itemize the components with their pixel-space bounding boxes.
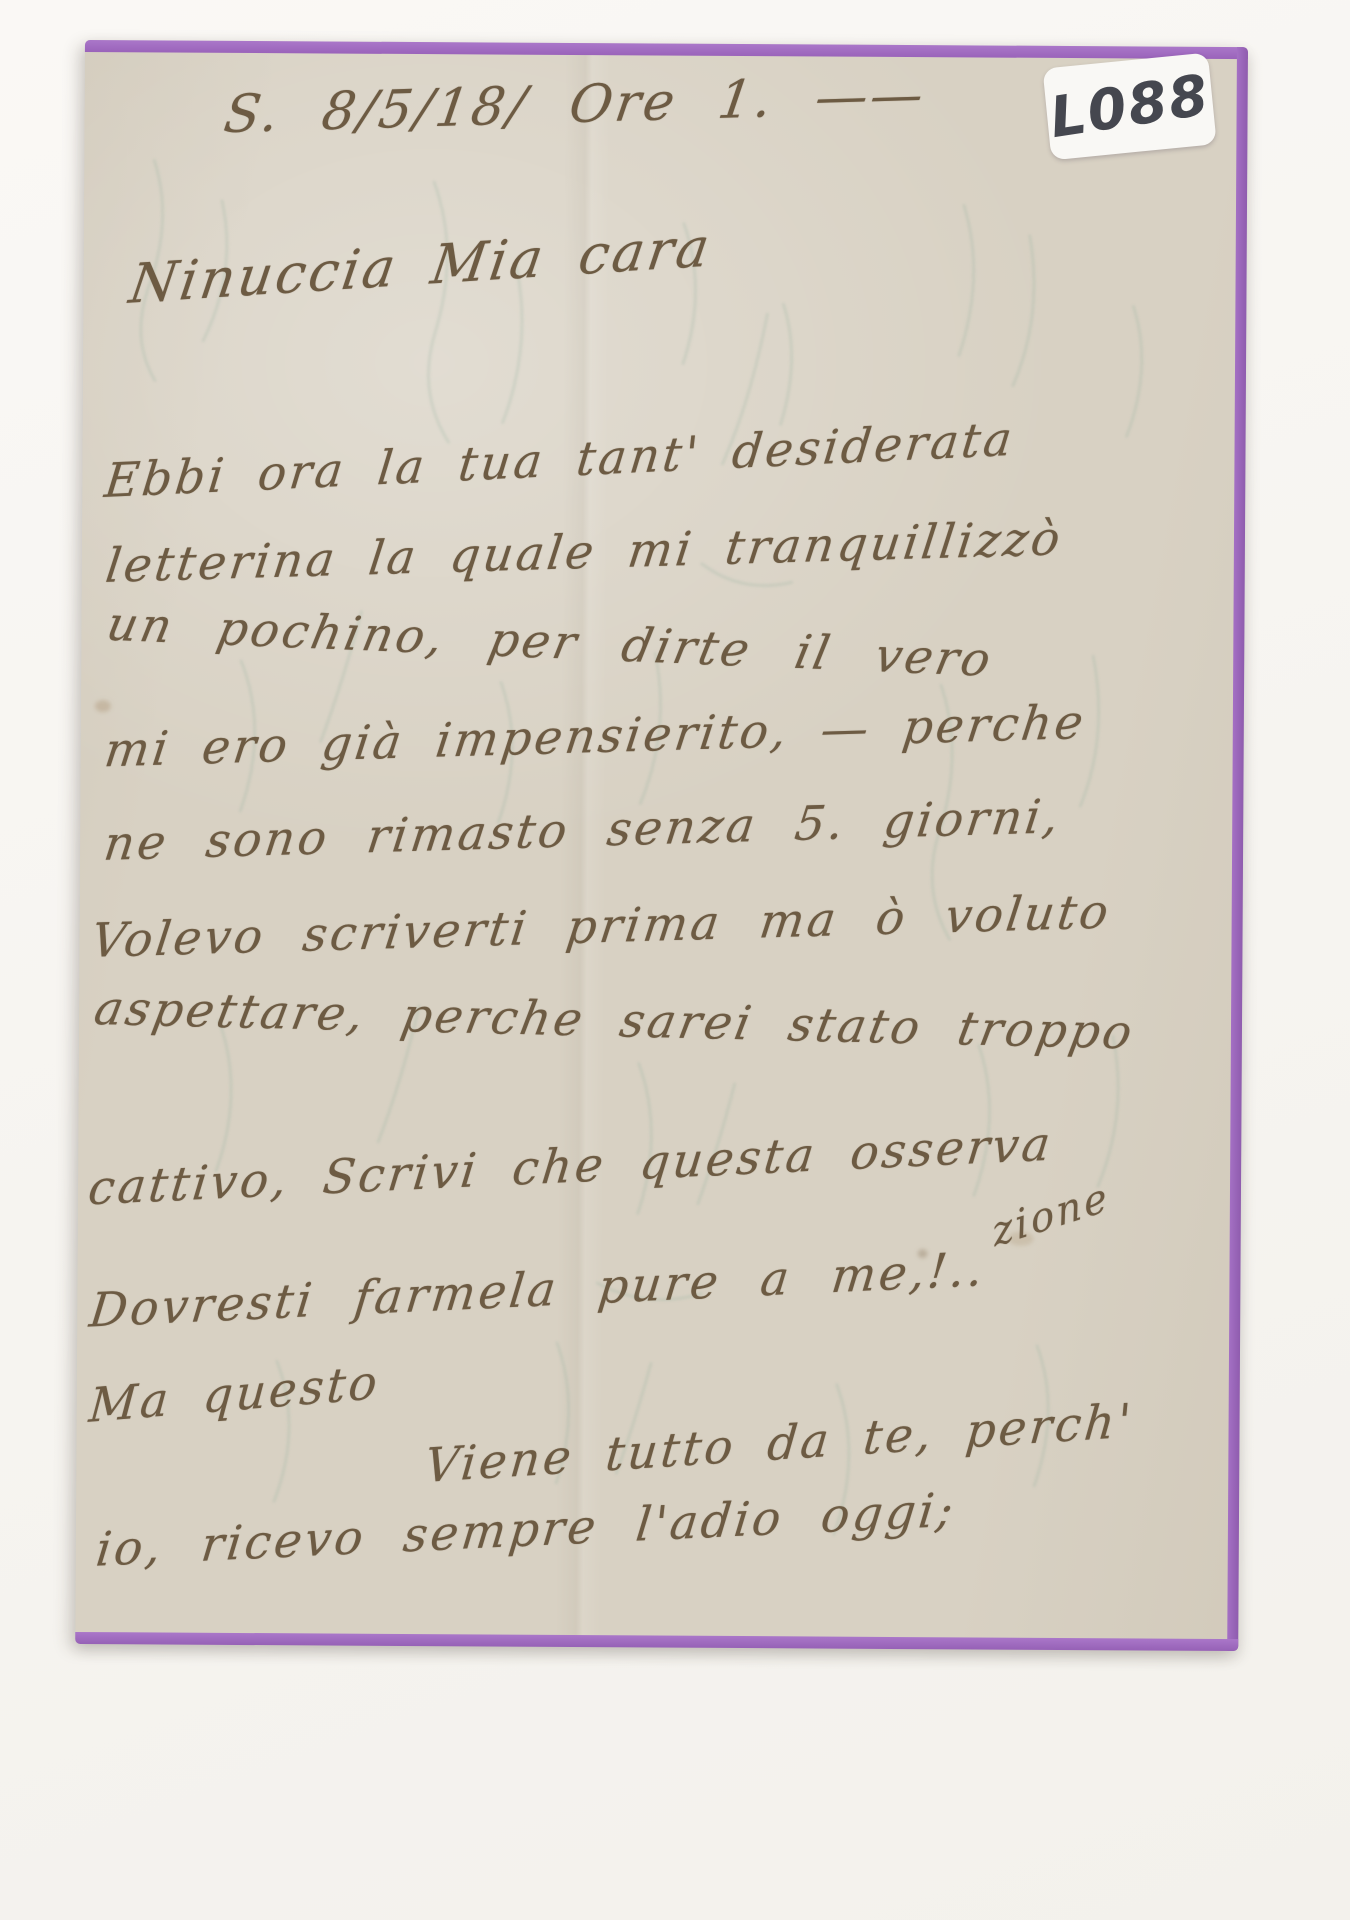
purple-edge-top [85, 40, 1248, 59]
date-line: S. 8/5/18/ Ore 1. —— [220, 65, 930, 145]
foxing-spot [95, 700, 111, 712]
handwriting-line: un pochino, per dirte il vero [102, 597, 998, 688]
purple-edge-right [1227, 47, 1248, 1651]
archive-label-sticker: L088 [1042, 52, 1216, 160]
archive-label-code: L088 [1045, 62, 1214, 150]
purple-edge-bottom [75, 1632, 1238, 1651]
scanned-letter-page: { "label": { "code": "L088" }, "letter":… [0, 0, 1350, 1920]
handwriting-line: Viene tutto da te, perch' [423, 1393, 1136, 1494]
handwriting-line: Dovresti farmela pure a me,!.. [87, 1242, 989, 1339]
letter-sheet: L088 S. 8/5/18/ Ore 1. —— Ninuccia Mia c… [75, 40, 1248, 1651]
handwriting-line: io, ricevo sempre l'adio oggi; [93, 1483, 958, 1578]
handwriting-line: Ebbi ora la tua tant' desiderata [102, 412, 1018, 509]
handwriting-line-wrap: zione [989, 1173, 1113, 1256]
handwriting-line: aspettare, perche sarei stato troppo [90, 981, 1139, 1060]
handwriting-line: Ma questo [87, 1355, 382, 1434]
salutation-line: Ninuccia Mia cara [126, 215, 717, 316]
